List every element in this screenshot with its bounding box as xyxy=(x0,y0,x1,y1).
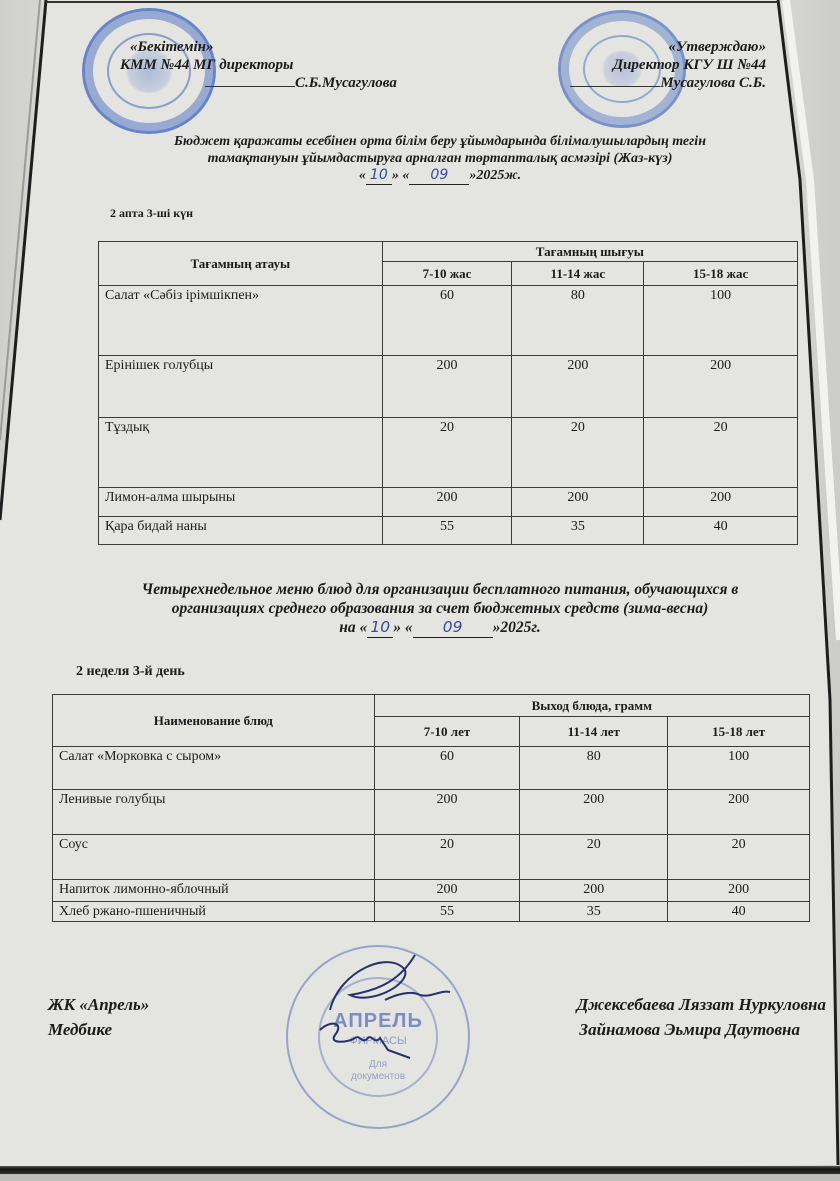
day-label-kz: 2 апта 3-ші күн xyxy=(110,206,193,221)
date-year: »2025г. xyxy=(493,619,541,636)
yield-value: 200 xyxy=(644,488,798,517)
dish-name: Қара бидай наны xyxy=(99,517,383,545)
header-age: 15-18 лет xyxy=(668,717,810,747)
yield-value: 200 xyxy=(374,880,520,902)
stamp-purpose: Для документов xyxy=(288,1059,468,1083)
title-line: организациях среднего образования за сче… xyxy=(60,599,820,618)
footer-person: Джексебаева Ляззат Нуркуловна xyxy=(466,992,826,1017)
footer-org: ЖК «Апрель» xyxy=(48,992,149,1017)
frame-bottom-edge xyxy=(0,1166,840,1174)
table-row: Қара бидай наны 55 35 40 xyxy=(99,517,798,545)
table-row: Салат «Морковка с сыром» 60 80 100 xyxy=(53,747,810,790)
yield-value: 100 xyxy=(668,747,810,790)
footer-right: Джексебаева Ляззат Нуркуловна Зайнамова … xyxy=(466,992,826,1042)
surface xyxy=(0,1174,840,1181)
yield-value: 55 xyxy=(382,517,512,545)
yield-value: 200 xyxy=(668,790,810,835)
table-row: Тұздық 20 20 20 xyxy=(99,418,798,488)
dish-name: Тұздық xyxy=(99,418,383,488)
stamp-subtitle: ФИРМАСЫ xyxy=(288,1035,468,1047)
yield-value: 200 xyxy=(512,488,644,517)
approval-name: Мусагулова С.Б. xyxy=(660,75,766,91)
menu-table-ru: Наименование блюд Выход блюда, грамм 7-1… xyxy=(52,694,810,922)
day-label-ru: 2 неделя 3-й день xyxy=(76,664,185,680)
date-month: 09 xyxy=(413,618,493,638)
dish-name: Ленивые голубцы xyxy=(53,790,375,835)
yield-value: 35 xyxy=(512,517,644,545)
date-day: 10 xyxy=(367,618,393,638)
title-line: тамақтануын ұйымдастыруға арналған төрта… xyxy=(100,150,780,167)
yield-value: 200 xyxy=(520,790,668,835)
approval-position: КММ №44 МГ директоры xyxy=(120,56,397,74)
title-line: Четырехнедельное меню блюд для организац… xyxy=(60,580,820,599)
yield-value: 35 xyxy=(520,902,668,922)
yield-value: 20 xyxy=(520,835,668,880)
yield-value: 20 xyxy=(644,418,798,488)
quote: » « xyxy=(393,619,412,636)
footer-person: Зайнамова Эьмира Даутовна xyxy=(466,1017,826,1042)
document-title-kz: Бюджет қаражаты есебінен орта білім беру… xyxy=(100,133,780,185)
yield-value: 200 xyxy=(382,488,512,517)
header-yield: Тағамның шығуы xyxy=(382,242,797,262)
dish-name: Ерінішек голубцы xyxy=(99,356,383,418)
header-age: 15-18 жас xyxy=(644,262,798,286)
stamp-brand: АПРЕЛЬ xyxy=(288,1010,468,1033)
date-year: »2025ж. xyxy=(469,168,521,183)
date-month: 09 xyxy=(409,167,469,185)
table-row: Лимон-алма шырыны 200 200 200 xyxy=(99,488,798,517)
dish-name: Напиток лимонно-яблочный xyxy=(53,880,375,902)
yield-value: 20 xyxy=(382,418,512,488)
dish-name: Соус xyxy=(53,835,375,880)
signature-line xyxy=(570,74,660,87)
yield-value: 200 xyxy=(374,790,520,835)
dish-name: Салат «Морковка с сыром» xyxy=(53,747,375,790)
header-age: 11-14 жас xyxy=(512,262,644,286)
header-dish-name: Тағамның атауы xyxy=(99,242,383,286)
table-row: Ленивые голубцы 200 200 200 xyxy=(53,790,810,835)
title-date: на «10» «09»2025г. xyxy=(60,618,820,638)
stamp-purpose-line: документов xyxy=(288,1071,468,1083)
yield-value: 200 xyxy=(644,356,798,418)
yield-value: 200 xyxy=(520,880,668,902)
signature-line xyxy=(205,74,295,87)
quote: « xyxy=(359,168,366,183)
header-yield: Выход блюда, грамм xyxy=(374,695,809,717)
table-row: Салат «Сәбіз ірімшікпен» 60 80 100 xyxy=(99,286,798,356)
dish-name: Хлеб ржано-пшеничный xyxy=(53,902,375,922)
dish-name: Салат «Сәбіз ірімшікпен» xyxy=(99,286,383,356)
footer-left: ЖК «Апрель» Медбике xyxy=(48,992,149,1042)
yield-value: 40 xyxy=(668,902,810,922)
yield-value: 100 xyxy=(644,286,798,356)
table-row: Хлеб ржано-пшеничный 55 35 40 xyxy=(53,902,810,922)
yield-value: 200 xyxy=(668,880,810,902)
menu-table-kz: Тағамның атауы Тағамның шығуы 7-10 жас 1… xyxy=(98,241,798,545)
dish-name: Лимон-алма шырыны xyxy=(99,488,383,517)
approval-position: Директор КГУ Ш №44 xyxy=(560,56,766,74)
date-prefix: на « xyxy=(339,619,367,636)
yield-value: 200 xyxy=(512,356,644,418)
company-stamp: АПРЕЛЬ ФИРМАСЫ Для документов xyxy=(286,945,470,1129)
header-age: 11-14 лет xyxy=(520,717,668,747)
header-age: 7-10 лет xyxy=(374,717,520,747)
approval-heading: «Утверждаю» xyxy=(560,38,766,56)
quote: » « xyxy=(392,168,410,183)
approval-block-kz: «Бекітемін» КММ №44 МГ директоры С.Б.Мус… xyxy=(120,38,397,92)
header-dish-name: Наименование блюд xyxy=(53,695,375,747)
yield-value: 20 xyxy=(512,418,644,488)
yield-value: 20 xyxy=(374,835,520,880)
header-age: 7-10 жас xyxy=(382,262,512,286)
approval-name: С.Б.Мусагулова xyxy=(295,75,397,91)
approval-heading: «Бекітемін» xyxy=(120,38,397,56)
date-day: 10 xyxy=(366,167,392,185)
yield-value: 55 xyxy=(374,902,520,922)
table-row: Соус 20 20 20 xyxy=(53,835,810,880)
document-title-ru: Четырехнедельное меню блюд для организац… xyxy=(60,580,820,638)
title-line: Бюджет қаражаты есебінен орта білім беру… xyxy=(100,133,780,150)
footer-role: Медбике xyxy=(48,1017,149,1042)
yield-value: 20 xyxy=(668,835,810,880)
table-row: Напиток лимонно-яблочный 200 200 200 xyxy=(53,880,810,902)
yield-value: 80 xyxy=(520,747,668,790)
yield-value: 80 xyxy=(512,286,644,356)
yield-value: 60 xyxy=(382,286,512,356)
yield-value: 60 xyxy=(374,747,520,790)
approval-block-ru: «Утверждаю» Директор КГУ Ш №44 Мусагулов… xyxy=(560,38,766,92)
title-date: «10» «09»2025ж. xyxy=(100,167,780,185)
table-row: Ерінішек голубцы 200 200 200 xyxy=(99,356,798,418)
yield-value: 40 xyxy=(644,517,798,545)
stamp-purpose-line: Для xyxy=(288,1059,468,1071)
yield-value: 200 xyxy=(382,356,512,418)
